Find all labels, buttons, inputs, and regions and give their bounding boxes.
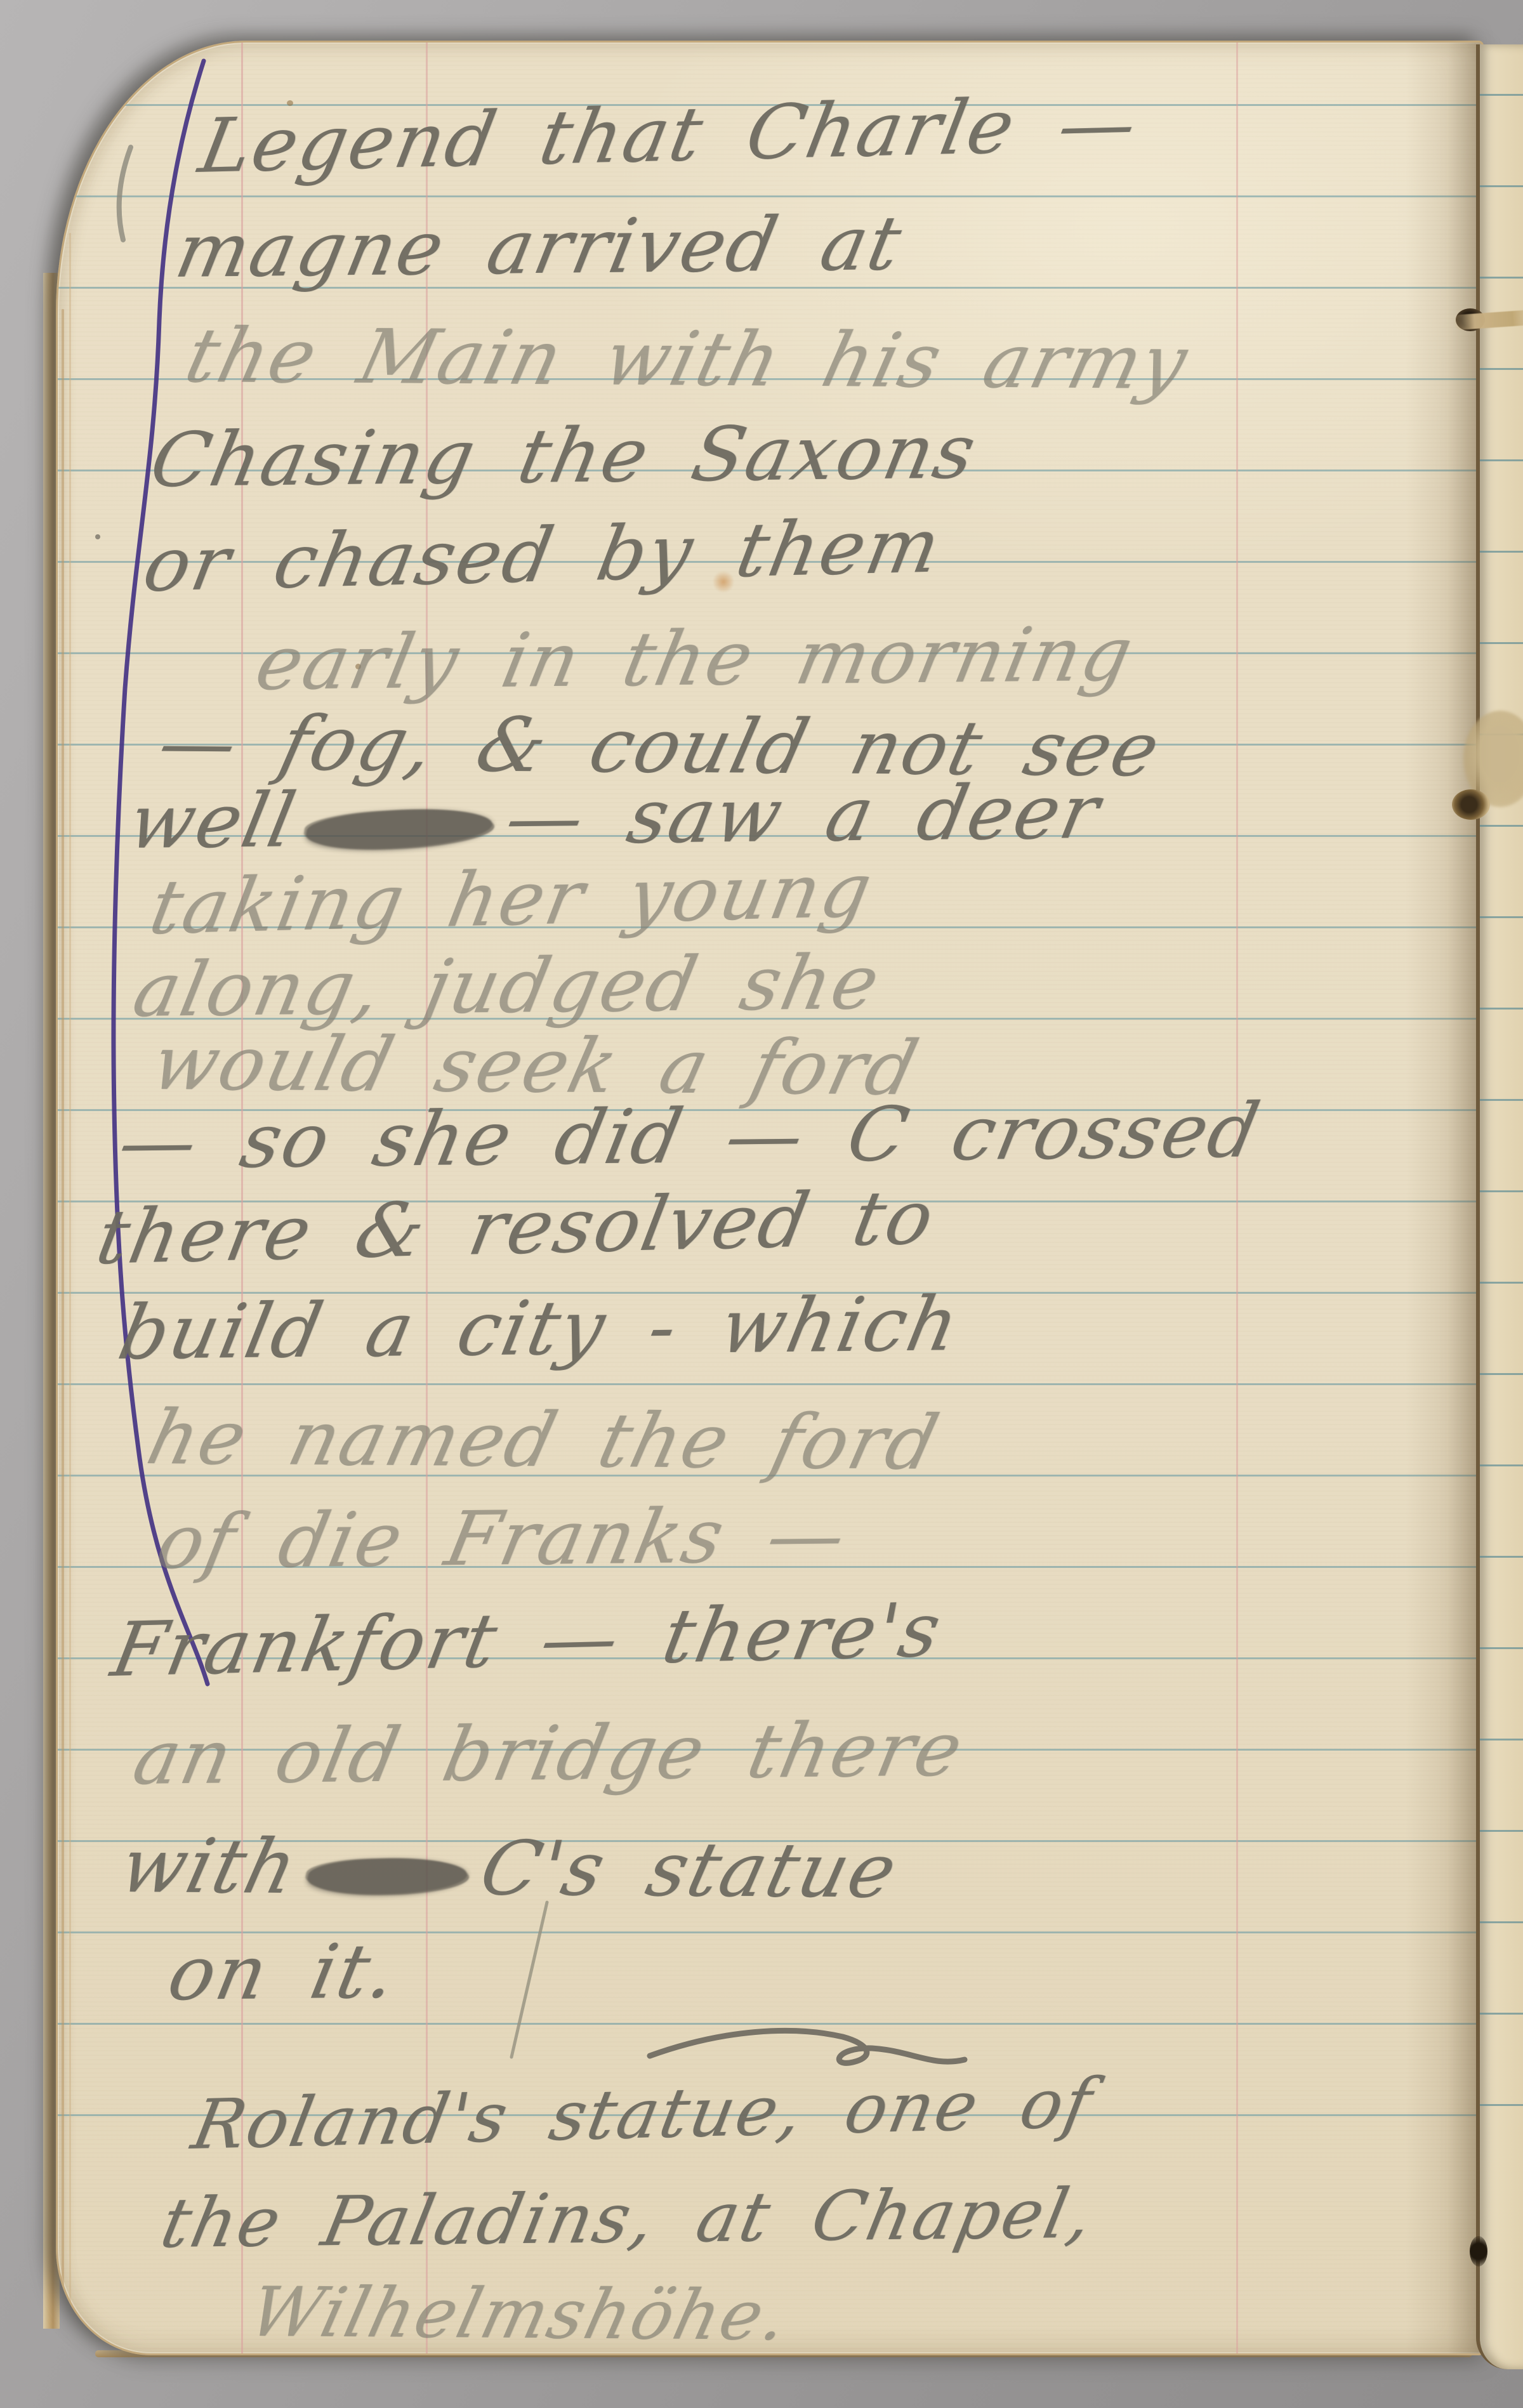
line-text: Wilhelmshöhe. bbox=[242, 2273, 797, 2356]
facing-page-edge bbox=[1476, 44, 1523, 2369]
page-edge-line bbox=[69, 233, 71, 2328]
line-text: build a city - which bbox=[112, 1280, 967, 1376]
line-text: Legend that Charle — bbox=[193, 79, 1145, 190]
line-text: he named the ford bbox=[140, 1393, 948, 1487]
handwriting-line: Legend that Charle — bbox=[190, 66, 1147, 203]
paper-speck bbox=[95, 534, 100, 539]
notebook-photo: Legend that Charle — magne arrived at th… bbox=[0, 0, 1523, 2408]
line-text: an old bridge there bbox=[126, 1705, 971, 1801]
ruled-lines-facing-page bbox=[1480, 94, 1523, 2188]
handwriting-line: Frankfort — there's bbox=[103, 1572, 951, 1707]
page-edge-line bbox=[62, 309, 64, 2315]
pink-margin-line bbox=[1236, 43, 1238, 2353]
handwriting-line: build a city - which bbox=[109, 1267, 970, 1390]
ink-blot bbox=[1470, 2236, 1487, 2267]
handwriting-line: on it. bbox=[159, 1914, 407, 2030]
line-text: on it. bbox=[161, 1927, 405, 2017]
line-text: there & resolved to bbox=[90, 1173, 942, 1281]
line-text: Frankfort — there's bbox=[105, 1586, 949, 1694]
line-text: with bbox=[112, 1822, 307, 1911]
line-text: the Main with his army bbox=[178, 312, 1197, 406]
line-text: Chasing the Saxons bbox=[143, 407, 984, 504]
handwriting-line: an old bridge there bbox=[124, 1692, 973, 1815]
stitch-hole bbox=[1452, 789, 1490, 820]
line-text: C's statue bbox=[472, 1824, 906, 1915]
handwriting-line: magne arrived at bbox=[166, 186, 913, 308]
line-text: or chased by them bbox=[137, 502, 949, 609]
handwriting-line: Wilhelmshöhe. bbox=[238, 2256, 801, 2374]
gutter-shadow bbox=[1406, 43, 1482, 2353]
handwriting-line: withC's statue bbox=[109, 1808, 909, 1928]
line-text: the Paladins, at Chapel, bbox=[155, 2174, 1101, 2263]
line-text: Roland's statue, one of bbox=[186, 2064, 1099, 2165]
line-text: magne arrived at bbox=[169, 199, 910, 294]
line-text: of die Franks — bbox=[150, 1491, 854, 1586]
scratch-out-mark bbox=[304, 1857, 471, 1897]
